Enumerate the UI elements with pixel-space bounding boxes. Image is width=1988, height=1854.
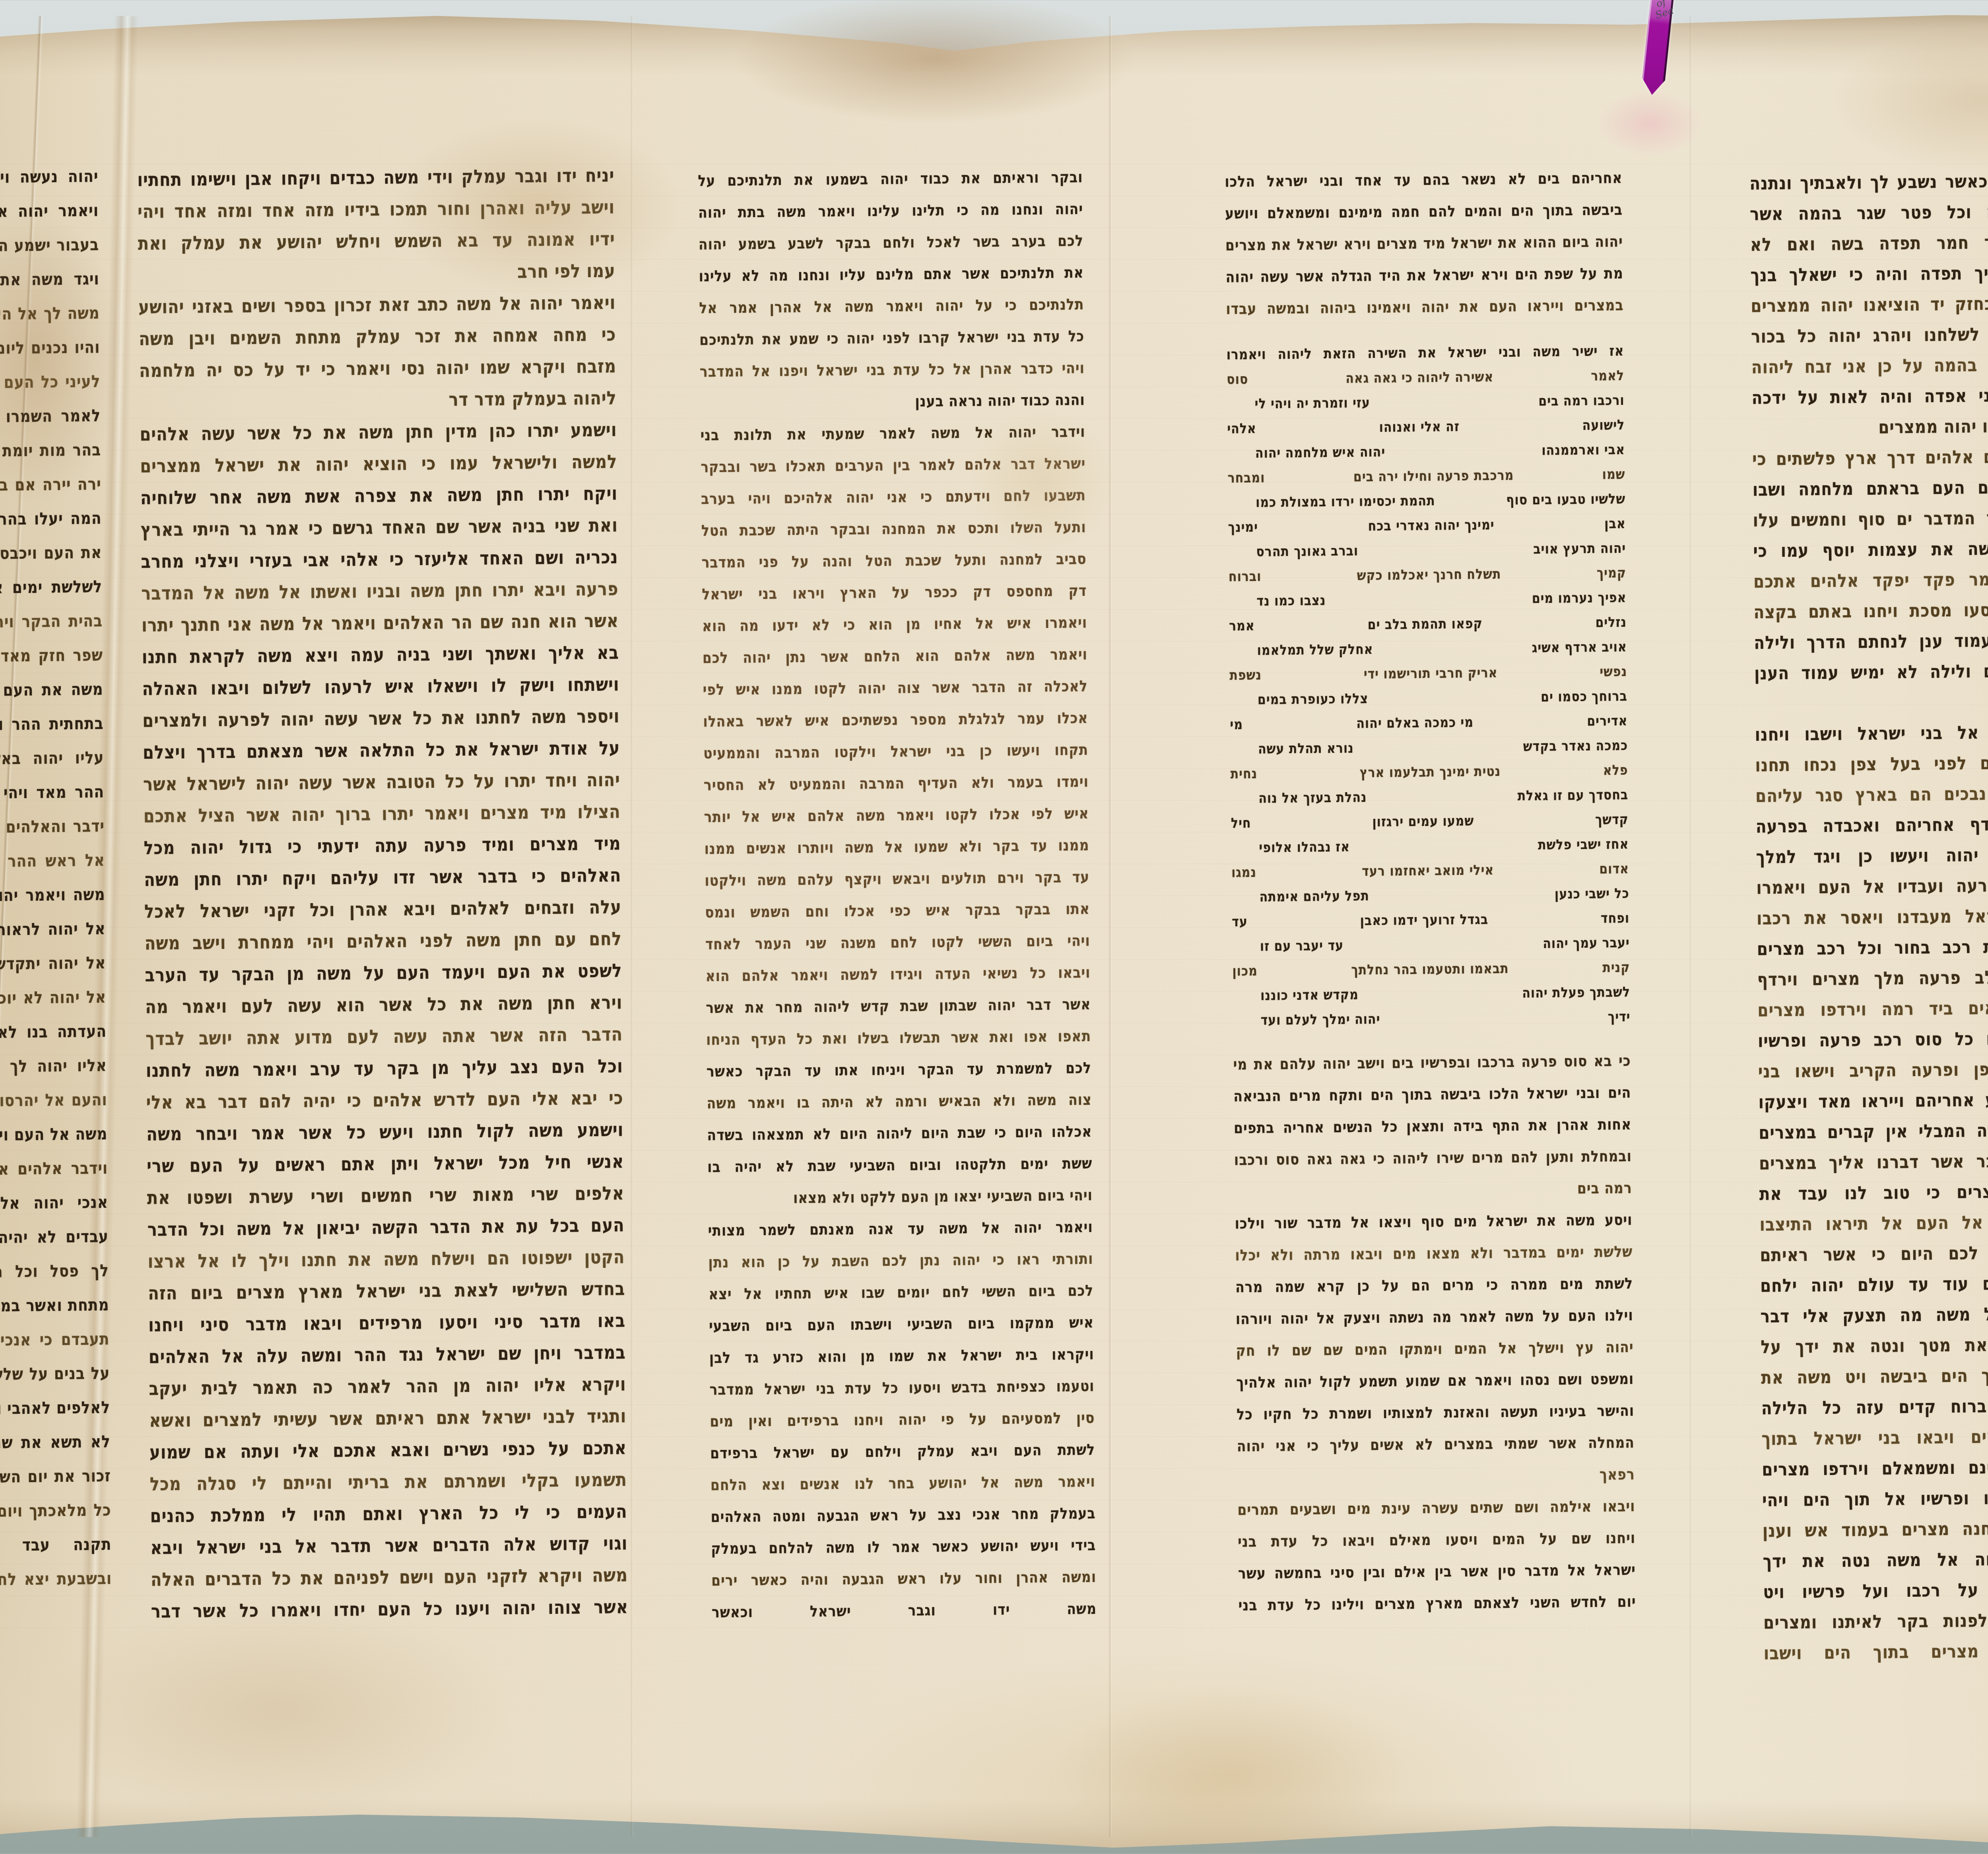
torah-scroll-photograph: יהוה נעשה וישב משה את דברי העם אל יהוהוי… [0, 0, 1988, 1854]
text-column-exodus-to-sea: והיה כי יבאך יהוה אל ארץ הכנעני כאשר נשב… [1749, 165, 1988, 1701]
torah-text-line: יום לחדש השני לצאתם מארץ מצרים וילינו כל… [1238, 1585, 1636, 1625]
text-column-song-of-the-sea: אחריהם בים לא נשאר בהם עד אחד ובני ישראל… [1225, 164, 1636, 1623]
parchment-crease [1689, 16, 1693, 1837]
torah-text-line: המים ויכסו את הרכב ואת הפרשים [1764, 1664, 1988, 1704]
text-column-manna: ובקר וראיתם את כבוד יהוה בשמעו את תלנתיכ… [698, 163, 1097, 1630]
sheet-seam [1109, 16, 1112, 1837]
song-line: ידיךיהוה ימלך לעלם ועד [1233, 1004, 1631, 1037]
song-segment: יהוה ימלך לעלם ועד [1260, 1007, 1380, 1036]
torah-text-line: במצרים וייראו העם את יהוה ויאמינו ביהוה … [1226, 289, 1624, 329]
parchment-crease [630, 16, 634, 1837]
song-segment: ידיך [1608, 1004, 1631, 1033]
text-column-left-partial: יהוה נעשה וישב משה את דברי העם אל יהוהוי… [0, 161, 112, 1601]
text-column-amalek-yitro: יניח ידו וגבר עמלק וידי משה כבדים ויקחו … [137, 161, 628, 1629]
torah-text-line: משה ידו וגבר ישראל וכאשר [712, 1592, 1097, 1632]
torah-text-line: אשר צוהו יהוה ויענו כל העם יחדו ויאמרו כ… [151, 1590, 629, 1632]
torah-text-line: ובשבעת יצא לחפשי חנם אם בגפו יבא אם בעל … [0, 1561, 112, 1603]
